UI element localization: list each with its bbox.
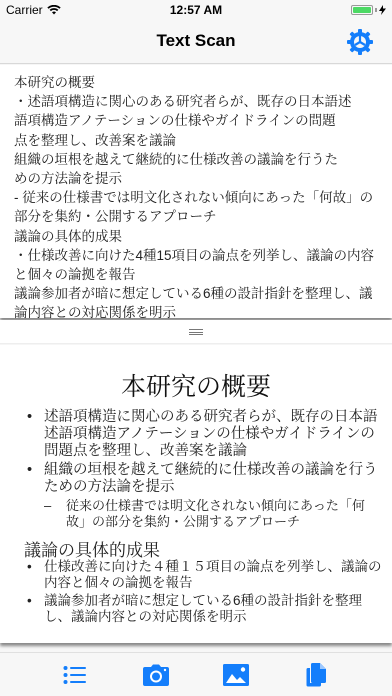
clock: 12:57 AM [0, 3, 392, 17]
slide-bullet: 組織の垣根を越えて継続的に仕様改善の議論を行うための方法論を提示 [24, 462, 382, 496]
slide-bullet-list: 述語項構造に関心のある研究者らが、既存の日本語述語項構造アノテーションの仕様やガ… [24, 409, 382, 532]
settings-button[interactable] [346, 28, 374, 56]
split-divider[interactable] [0, 320, 392, 344]
page-title: Text Scan [0, 31, 392, 51]
slide-sub-bullet: 従来の仕様書では明文化されない傾向にあった「何故」の部分を集約・公開するアプロー… [24, 498, 382, 530]
bottom-toolbar [0, 652, 392, 696]
list-button[interactable] [61, 661, 89, 689]
copy-button[interactable] [302, 661, 330, 689]
camera-button[interactable] [142, 661, 170, 689]
ocr-result-text[interactable]: 本研究の概要 ・述語項構造に関心のある研究者らが、既存の日本語述 語項構造アノテ… [14, 73, 378, 323]
slide-bullet: 述語項構造に関心のある研究者らが、既存の日本語述語項構造アノテーションの仕様やガ… [24, 409, 382, 460]
camera-icon [143, 664, 169, 686]
slide-bullet: 議論参加者が暗に想定している6種の設計指針を整理し、議論内容との対応関係を明示 [24, 593, 382, 625]
photo-icon [223, 664, 249, 686]
battery-icon [351, 5, 386, 15]
drag-handle-icon[interactable] [189, 329, 203, 335]
gear-icon [346, 28, 374, 56]
list-icon [63, 665, 87, 685]
status-bar: Carrier 12:57 AM [0, 0, 392, 20]
slide-bullet-list-2: 仕様改善に向けた４種１５項目の論点を列挙し、議論の内容と個々の論拠を報告 議論参… [24, 559, 382, 627]
ocr-result-panel[interactable]: 本研究の概要 ・述語項構造に関心のある研究者らが、既存の日本語述 語項構造アノテ… [0, 65, 392, 318]
slide-title: 本研究の概要 [0, 367, 392, 403]
copy-icon [305, 662, 327, 688]
source-image-panel: 本研究の概要 述語項構造に関心のある研究者らが、既存の日本語述語項構造アノテーシ… [0, 345, 392, 643]
slide-subheading: 議論の具体的成果 [24, 536, 160, 561]
slide-bullet: 仕様改善に向けた４種１５項目の論点を列挙し、議論の内容と個々の論拠を報告 [24, 559, 382, 591]
navigation-bar: Text Scan [0, 20, 392, 64]
photo-library-button[interactable] [222, 661, 250, 689]
charging-icon [379, 5, 386, 15]
